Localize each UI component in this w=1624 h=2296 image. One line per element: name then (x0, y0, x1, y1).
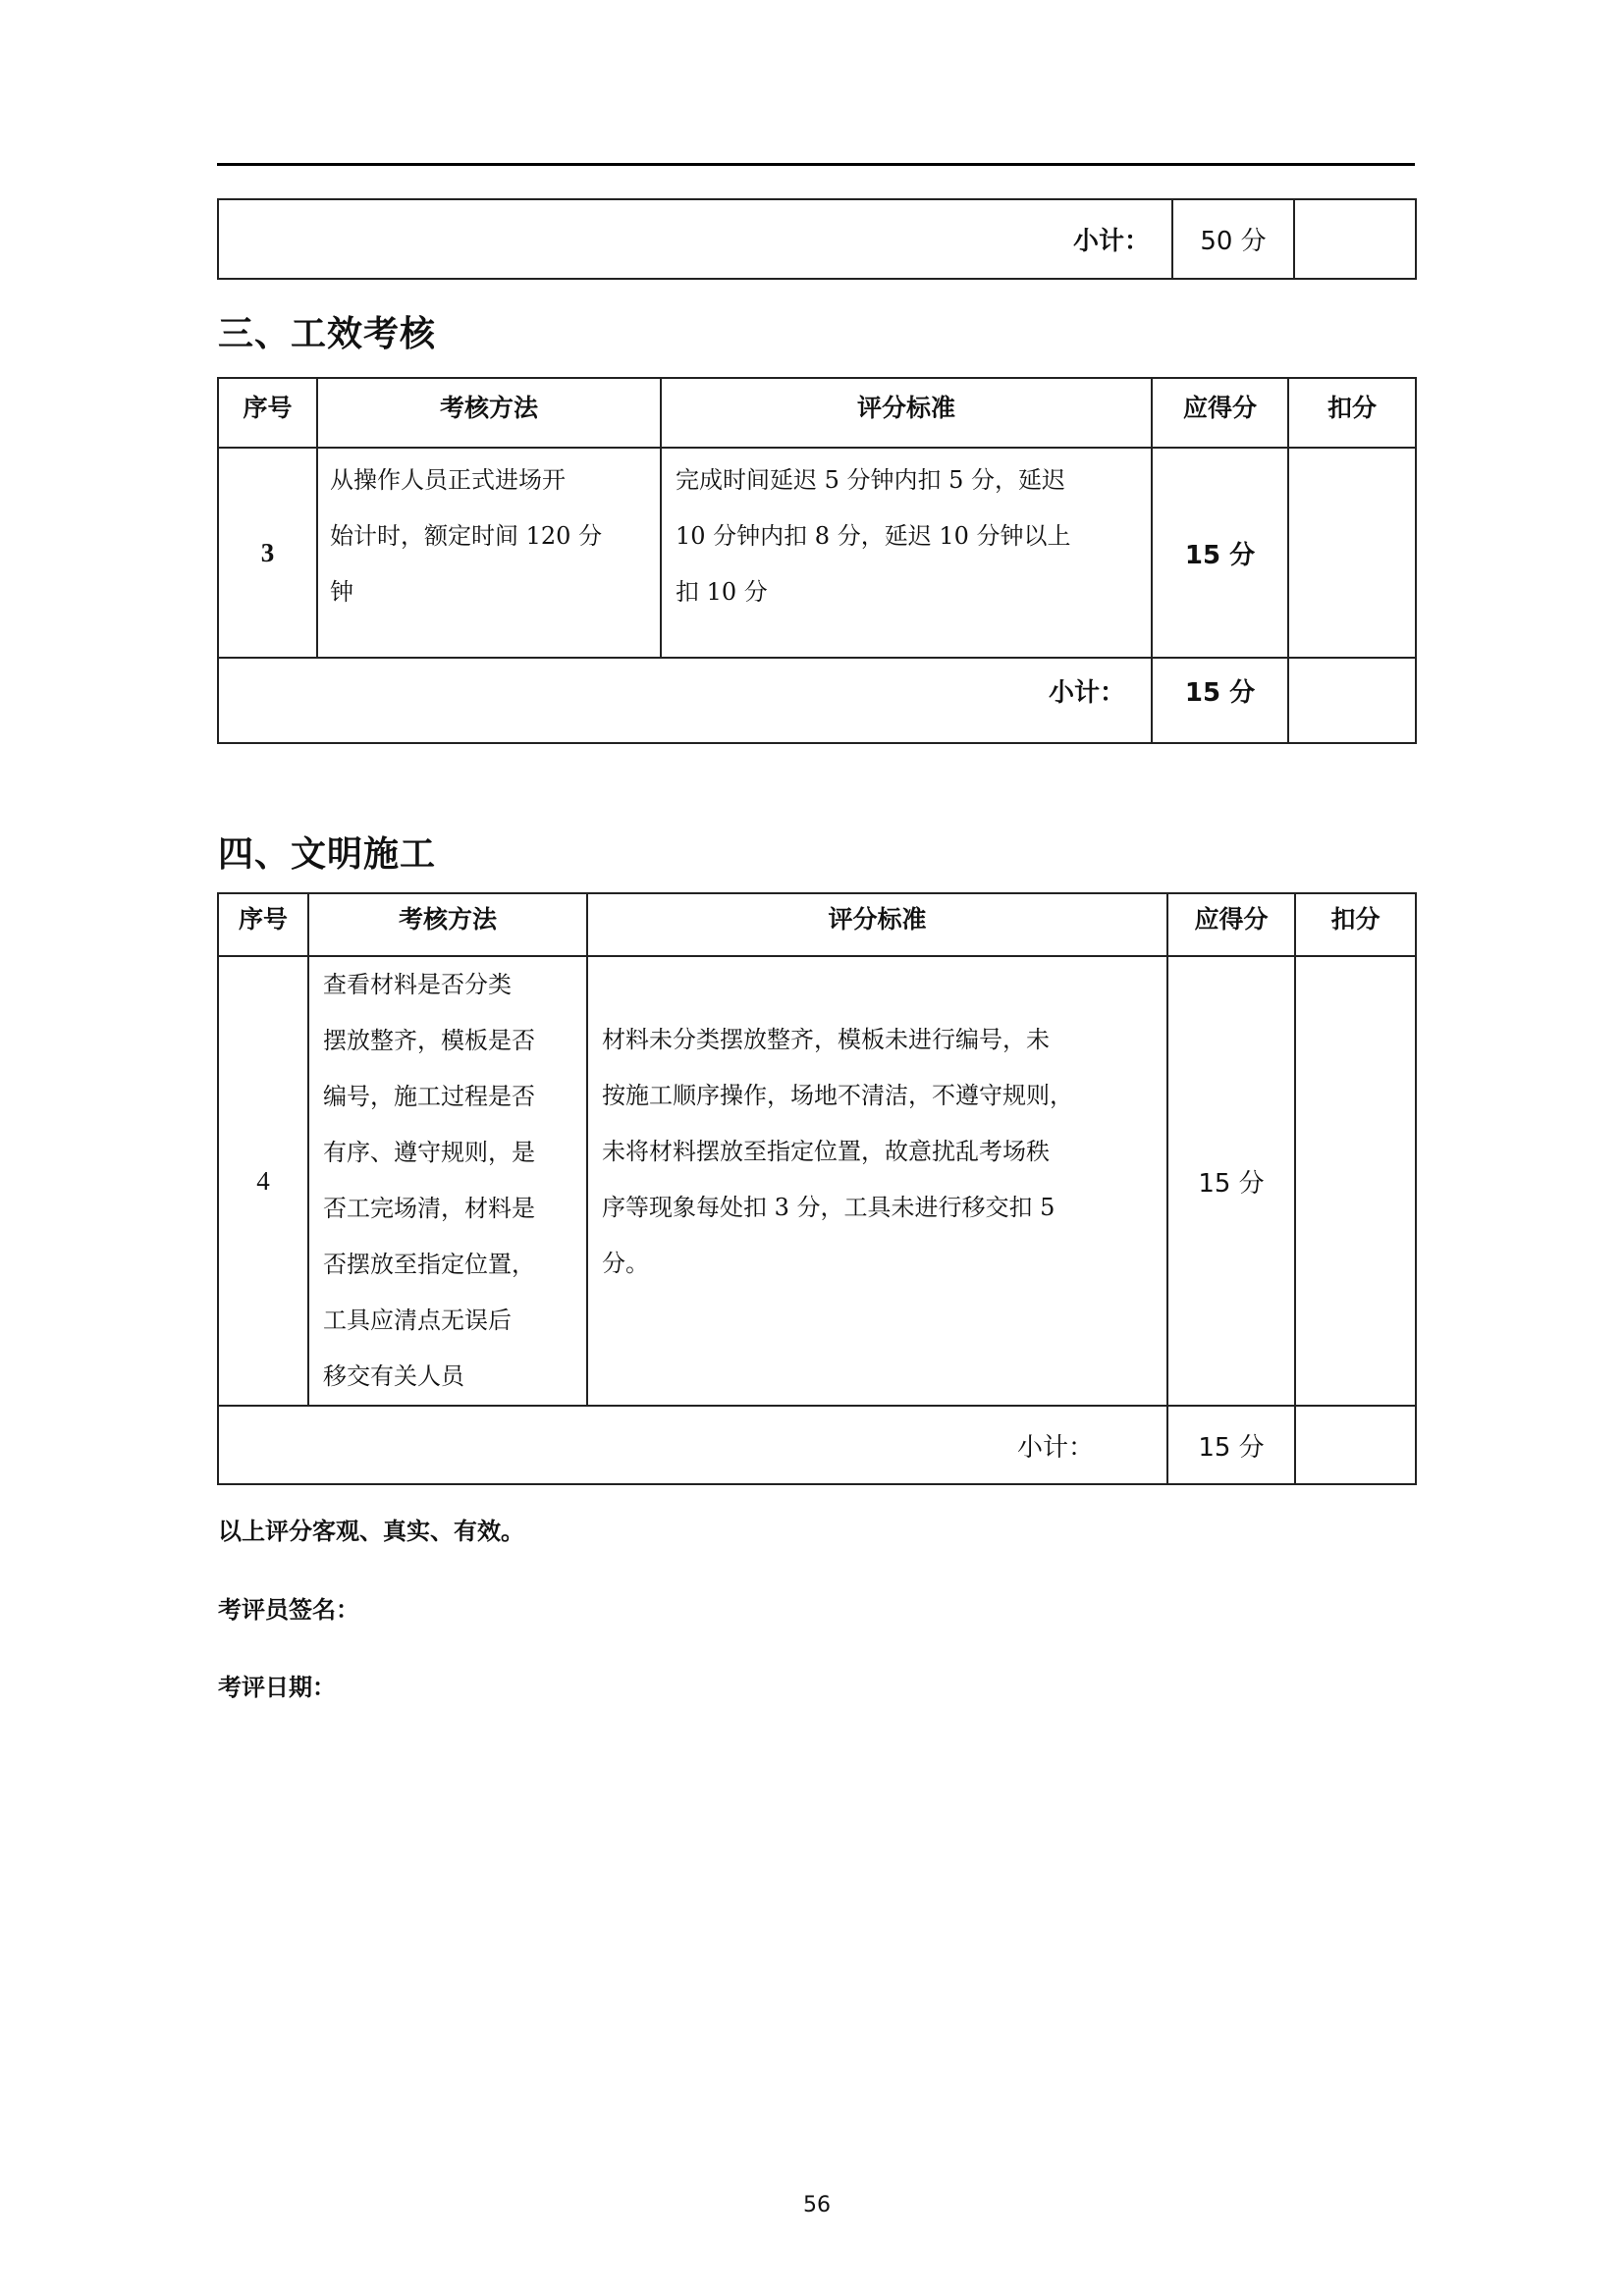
header-deduct: 扣分 (1288, 378, 1416, 448)
method-line: 从操作人员正式进场开 (330, 453, 660, 508)
examiner-signature-label: 考评员签名： (218, 1590, 359, 1625)
table-header-row: 序号 考核方法 评分标准 应得分 扣分 (218, 378, 1416, 448)
standard-line: 扣 10 分 (676, 564, 1151, 620)
standard-line: 完成时间延迟 5 分钟内扣 5 分，延迟 (676, 453, 1151, 508)
method-line: 否摆放至指定位置， (323, 1237, 586, 1293)
subtotal-label: 小计： (218, 1406, 1167, 1484)
method-line: 有序、遵守规则，是 (323, 1125, 586, 1181)
section-title-civilized-construction: 四、文明施工 (218, 827, 436, 877)
page-number: 56 (800, 2193, 834, 2217)
header-standard: 评分标准 (587, 893, 1167, 956)
header-rule (217, 163, 1415, 166)
subtotal-label: 小计： (218, 658, 1152, 743)
standard-line: 材料未分类摆放整齐，模板未进行编号，未 (602, 1012, 1166, 1068)
method-line: 始计时，额定时间 120 分 (330, 508, 660, 564)
method-line: 查看材料是否分类 (323, 957, 586, 1013)
subtotal-row: 小计： 15 分 (218, 658, 1416, 743)
row-method: 从操作人员正式进场开 始计时，额定时间 120 分 钟 (317, 448, 661, 658)
header-method: 考核方法 (317, 378, 661, 448)
subtotal-deduct-cell[interactable] (1288, 658, 1416, 743)
standard-line: 序等现象每处扣 3 分，工具未进行移交扣 5 (602, 1180, 1166, 1236)
standard-line: 未将材料摆放至指定位置，故意扰乱考场秩 (602, 1124, 1166, 1180)
row-no: 3 (218, 448, 317, 658)
subtotal-score: 15 分 (1152, 658, 1288, 743)
method-line: 摆放整齐，模板是否 (323, 1013, 586, 1069)
row-method: 查看材料是否分类 摆放整齐，模板是否 编号，施工过程是否 有序、遵守规则，是 否… (308, 956, 587, 1406)
section-title-efficiency: 三、工效考核 (218, 306, 436, 356)
subtotal-score: 50 分 (1172, 199, 1294, 279)
header-score: 应得分 (1167, 893, 1295, 956)
subtotal-row: 小计： 50 分 (218, 199, 1416, 279)
method-line: 钟 (330, 564, 660, 620)
subtotal-deduct-cell[interactable] (1295, 1406, 1416, 1484)
row-no: 4 (218, 956, 308, 1406)
subtotal-deduct-cell[interactable] (1294, 199, 1416, 279)
subtotal-row: 小计： 15 分 (218, 1406, 1416, 1484)
efficiency-assessment-table: 序号 考核方法 评分标准 应得分 扣分 3 从操作人员正式进场开 始计时，额定时… (217, 377, 1417, 744)
method-line: 工具应清点无误后 (323, 1293, 586, 1349)
header-no: 序号 (218, 378, 317, 448)
header-method: 考核方法 (308, 893, 587, 956)
row-deduct-cell[interactable] (1288, 448, 1416, 658)
header-standard: 评分标准 (661, 378, 1152, 448)
subtotal-label: 小计： (218, 199, 1172, 279)
previous-section-subtotal-table: 小计： 50 分 (217, 198, 1417, 280)
civilized-construction-table: 序号 考核方法 评分标准 应得分 扣分 4 查看材料是否分类 摆放整齐，模板是否… (217, 892, 1417, 1485)
row-deduct-cell[interactable] (1295, 956, 1416, 1406)
table-row: 4 查看材料是否分类 摆放整齐，模板是否 编号，施工过程是否 有序、遵守规则，是… (218, 956, 1416, 1406)
standard-line: 10 分钟内扣 8 分，延迟 10 分钟以上 (676, 508, 1151, 564)
table-header-row: 序号 考核方法 评分标准 应得分 扣分 (218, 893, 1416, 956)
header-no: 序号 (218, 893, 308, 956)
row-score: 15 分 (1167, 956, 1295, 1406)
method-line: 否工完场清，材料是 (323, 1181, 586, 1237)
table-row: 3 从操作人员正式进场开 始计时，额定时间 120 分 钟 完成时间延迟 5 分… (218, 448, 1416, 658)
header-deduct: 扣分 (1295, 893, 1416, 956)
header-score: 应得分 (1152, 378, 1288, 448)
standard-line: 分。 (602, 1236, 1166, 1292)
method-line: 移交有关人员 (323, 1349, 586, 1405)
row-standard: 完成时间延迟 5 分钟内扣 5 分，延迟 10 分钟内扣 8 分，延迟 10 分… (661, 448, 1152, 658)
standard-line: 按施工顺序操作，场地不清洁，不遵守规则， (602, 1068, 1166, 1124)
evaluation-date-label: 考评日期： (218, 1668, 336, 1702)
row-score: 15 分 (1152, 448, 1288, 658)
subtotal-score: 15 分 (1167, 1406, 1295, 1484)
method-line: 编号，施工过程是否 (323, 1069, 586, 1125)
evaluation-statement: 以上评分客观、真实、有效。 (218, 1512, 524, 1546)
row-standard: 材料未分类摆放整齐，模板未进行编号，未 按施工顺序操作，场地不清洁，不遵守规则，… (587, 956, 1167, 1406)
